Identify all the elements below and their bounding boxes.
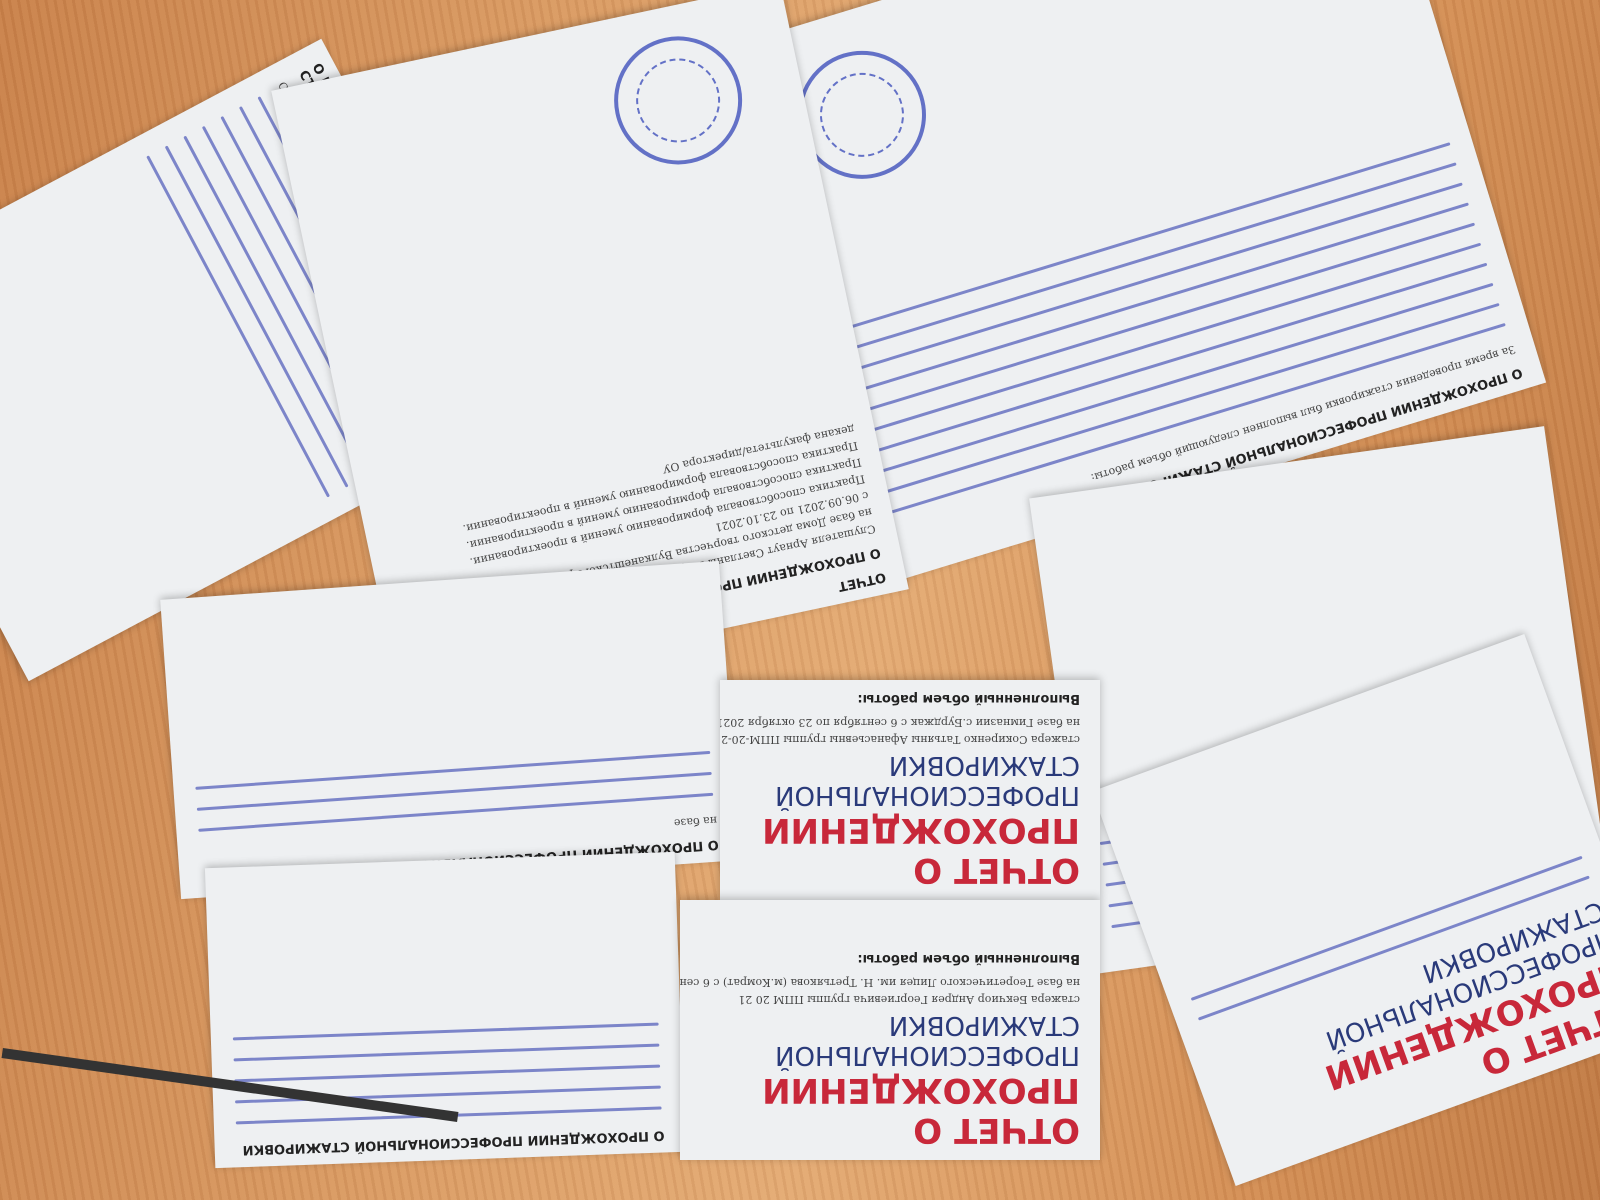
form-header: О ПРОХОЖДЕНИИ ПРОФЕССИОНАЛЬНОЙ СТАЖИРОВК… [234,1127,664,1157]
brochure-base: на базе Гимназии с.Бурджак с 6 сентября … [740,716,1080,729]
official-stamp [602,25,754,177]
brochure-base: на базе Теоретического Лицея им. Н. Трет… [700,976,1080,989]
brochure-bekchior: ОТЧЕТ О ПРОХОЖДЕНИИ ПРОФЕССИОНАЛЬНОЙ СТА… [680,900,1100,1160]
handwritten-form-mid: О ПРОХОЖДЕНИИ ПРОФЕССИОНАЛЬНОЙ СТАЖИРОВК… [160,561,740,899]
brochure-section: Выполненный объем работы: [740,691,1080,706]
brochure-student: стажера Бекчиор Андрея Георгиевича групп… [700,993,1080,1006]
brochure-subtitle: ПРОФЕССИОНАЛЬНОЙ СТАЖИРОВКИ [700,1010,1080,1070]
brochure-title: ОТЧЕТ О ПРОХОЖДЕНИИ [700,1070,1080,1150]
brochure-student: стажера Сокиренко Татьяны Афанасьевны гр… [740,733,1080,746]
brochure-sokirenko: ОТЧЕТ О ПРОХОЖДЕНИИ ПРОФЕССИОНАЛЬНОЙ СТА… [720,680,1100,900]
brochure-subtitle: ПРОФЕССИОНАЛЬНОЙ СТАЖИРОВКИ [740,750,1080,810]
handwritten-form-bottom: О ПРОХОЖДЕНИИ ПРОФЕССИОНАЛЬНОЙ СТАЖИРОВК… [205,852,685,1168]
brochure-section: Выполненный объем работы: [700,951,1080,966]
brochure-title: ОТЧЕТ О ПРОХОЖДЕНИИ [740,810,1080,890]
